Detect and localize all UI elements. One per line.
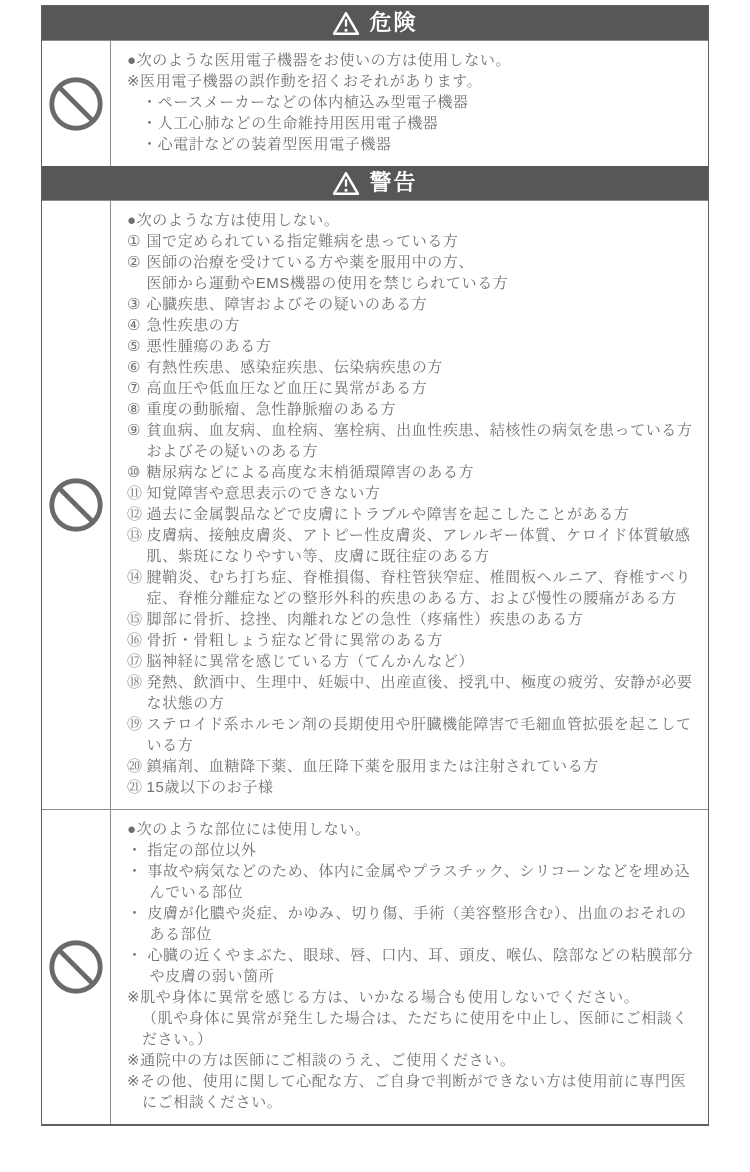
circled-number: ⑧ [127, 399, 147, 420]
numbered-item: ⑲ステロイド系ホルモン剤の長期使用や肝臓機能障害で毛細血管拡張を起こしている方 [127, 714, 700, 756]
item-text: 脳神経に異常を感じている方（てんかんなど） [147, 651, 701, 672]
bullet-line: ・ 皮膚が化膿や炎症、かゆみ、切り傷、手術（美容整形含む）、出血のおそれのある部… [127, 903, 700, 945]
circled-number: ⑱ [127, 672, 147, 714]
numbered-item: ⑪知覚障害や意思表示のできない方 [127, 483, 700, 504]
item-text: 国で定められている指定難病を患っている方 [147, 231, 701, 252]
item-text: 過去に金属製品などで皮膚にトラブルや障害を起こしたことがある方 [147, 504, 701, 525]
item-text: 脚部に骨折、捻挫、肉離れなどの急性（疼痛性）疾患のある方 [147, 609, 701, 630]
numbered-item: ⑬皮膚病、接触皮膚炎、アトピー性皮膚炎、アレルギー体質、ケロイド体質敏感肌、紫斑… [127, 525, 700, 567]
numbered-item: ⑦高血圧や低血圧など血圧に異常がある方 [127, 378, 700, 399]
circled-number: ⑬ [127, 525, 147, 567]
numbered-item: ⑥有熱性疾患、感染症疾患、伝染病疾患の方 [127, 357, 700, 378]
row-text-cell: ●次のような方は使用しない。①国で定められている指定難病を患っている方②医師の治… [111, 201, 708, 809]
circled-number: ⑮ [127, 609, 147, 630]
prohibition-icon-cell [42, 201, 111, 809]
numbered-item: ③心臓疾患、障害およびその疑いのある方 [127, 294, 700, 315]
prohibition-circle-slash-icon [47, 476, 105, 534]
circled-number: ⑦ [127, 378, 147, 399]
item-text: 有熱性疾患、感染症疾患、伝染病疾患の方 [147, 357, 701, 378]
note-line: ※通院中の方は医師にご相談のうえ、ご使用ください。 [127, 1050, 700, 1071]
numbered-item: ㉑15歳以下のお子様 [127, 777, 700, 798]
circled-number: ⑲ [127, 714, 147, 756]
item-text: 急性疾患の方 [147, 315, 701, 336]
prohibition-circle-slash-icon [47, 75, 105, 133]
table-row: ●次のような方は使用しない。①国で定められている指定難病を患っている方②医師の治… [42, 200, 708, 809]
item-text: 悪性腫瘍のある方 [147, 336, 701, 357]
numbered-item: ②医師の治療を受けている方や薬を服用中の方、 医師から運動やEMS機器の使用を禁… [127, 252, 700, 294]
numbered-item: ⑯骨折・骨粗しょう症など骨に異常のある方 [127, 630, 700, 651]
prohibition-icon-cell [42, 810, 111, 1124]
circled-number: ⑩ [127, 462, 147, 483]
item-text: 心臓疾患、障害およびその疑いのある方 [147, 294, 701, 315]
item-text: 腱鞘炎、むち打ち症、脊椎損傷、脊柱管狭窄症、椎間板ヘルニア、脊椎すべり症、脊椎分… [147, 567, 701, 609]
numbered-item: ⑰脳神経に異常を感じている方（てんかんなど） [127, 651, 700, 672]
section-title: 危険 [369, 12, 417, 34]
table-row: ●次のような医用電子機器をお使いの方は使用しない。※医用電子機器の誤作動を招くお… [42, 40, 708, 166]
warning-table: 危険 ●次のような医用電子機器をお使いの方は使用しない。※医用電子機器の誤作動を… [41, 5, 709, 1126]
item-text: 骨折・骨粗しょう症など骨に異常のある方 [147, 630, 701, 651]
circled-number: ⑨ [127, 420, 147, 462]
circled-number: ⑭ [127, 567, 147, 609]
circled-number: ③ [127, 294, 147, 315]
numbered-item: ⑫過去に金属製品などで皮膚にトラブルや障害を起こしたことがある方 [127, 504, 700, 525]
circled-number: ⑪ [127, 483, 147, 504]
circled-number: ⑫ [127, 504, 147, 525]
circled-number: ① [127, 231, 147, 252]
numbered-item: ⑳鎮痛剤、血糖降下薬、血圧降下薬を服用または注射されている方 [127, 756, 700, 777]
numbered-item: ⑱発熱、飲酒中、生理中、妊娠中、出産直後、授乳中、極度の疲労、安静が必要な状態の… [127, 672, 700, 714]
lead-line: ●次のような部位には使用しない。 [127, 819, 700, 840]
numbered-item: ⑭腱鞘炎、むち打ち症、脊椎損傷、脊柱管狭窄症、椎間板ヘルニア、脊椎すべり症、脊椎… [127, 567, 700, 609]
circled-number: ⑰ [127, 651, 147, 672]
numbered-item: ⑤悪性腫瘍のある方 [127, 336, 700, 357]
section-title: 警告 [369, 172, 417, 194]
bullet-line: ・心電計などの装着型医用電子機器 [127, 134, 700, 155]
bullet-line: ・ペースメーカーなどの体内植込み型電子機器 [127, 92, 700, 113]
circled-number: ⑯ [127, 630, 147, 651]
circled-number: ⑥ [127, 357, 147, 378]
numbered-item: ①国で定められている指定難病を患っている方 [127, 231, 700, 252]
row-text-cell: ●次のような部位には使用しない。・ 指定の部位以外・ 事故や病気などのため、体内… [111, 810, 708, 1124]
numbered-item: ⑧重度の動脈瘤、急性静脈瘤のある方 [127, 399, 700, 420]
item-text: 皮膚病、接触皮膚炎、アトピー性皮膚炎、アレルギー体質、ケロイド体質敏感肌、紫斑に… [147, 525, 701, 567]
numbered-item: ⑩糖尿病などによる高度な末梢循環障害のある方 [127, 462, 700, 483]
lead-line: ●次のような医用電子機器をお使いの方は使用しない。 [127, 50, 700, 71]
item-text: ステロイド系ホルモン剤の長期使用や肝臓機能障害で毛細血管拡張を起こしている方 [147, 714, 701, 756]
item-text: 15歳以下のお子様 [147, 777, 701, 798]
row-text-cell: ●次のような医用電子機器をお使いの方は使用しない。※医用電子機器の誤作動を招くお… [111, 41, 708, 166]
warning-triangle-icon [332, 11, 360, 36]
item-text: 重度の動脈瘤、急性静脈瘤のある方 [147, 399, 701, 420]
numbered-item: ⑨貧血病、血友病、血栓病、塞栓病、出血性疾患、結核性の病気を患っている方およびそ… [127, 420, 700, 462]
item-text: 高血圧や低血圧など血圧に異常がある方 [147, 378, 701, 399]
section-header: 危険 [42, 6, 708, 40]
item-text: 糖尿病などによる高度な末梢循環障害のある方 [147, 462, 701, 483]
item-text: 発熱、飲酒中、生理中、妊娠中、出産直後、授乳中、極度の疲労、安静が必要な状態の方 [147, 672, 701, 714]
note-line: ※その他、使用に関して心配な方、ご自身で判断ができない方は使用前に専門医にご相談… [127, 1071, 700, 1113]
table-row: ●次のような部位には使用しない。・ 指定の部位以外・ 事故や病気などのため、体内… [42, 809, 708, 1124]
safety-precautions-page: 危険 ●次のような医用電子機器をお使いの方は使用しない。※医用電子機器の誤作動を… [41, 5, 709, 1126]
lead-line: ●次のような方は使用しない。 [127, 210, 700, 231]
circled-number: ⑤ [127, 336, 147, 357]
item-text: 知覚障害や意思表示のできない方 [147, 483, 701, 504]
section-header: 警告 [42, 166, 708, 200]
warning-triangle-icon [332, 171, 360, 196]
circled-number: ⑳ [127, 756, 147, 777]
prohibition-icon-cell [42, 41, 111, 166]
item-text: 貧血病、血友病、血栓病、塞栓病、出血性疾患、結核性の病気を患っている方およびその… [147, 420, 701, 462]
bullet-line: ・人工心肺などの生命維持用医用電子機器 [127, 113, 700, 134]
bullet-line: ・ 指定の部位以外 [127, 840, 700, 861]
bullet-line: ・ 心臓の近くやまぶた、眼球、唇、口内、耳、頭皮、喉仏、陰部などの粘膜部分や皮膚… [127, 945, 700, 987]
prohibition-circle-slash-icon [47, 938, 105, 996]
item-text: 鎮痛剤、血糖降下薬、血圧降下薬を服用または注射されている方 [147, 756, 701, 777]
circled-number: ② [127, 252, 147, 294]
circled-number: ㉑ [127, 777, 147, 798]
item-text: 医師の治療を受けている方や薬を服用中の方、 医師から運動やEMS機器の使用を禁じ… [147, 252, 701, 294]
paren-note-line: （肌や身体に異常が発生した場合は、ただちに使用を中止し、医師にご相談ください。） [127, 1008, 700, 1050]
numbered-item: ④急性疾患の方 [127, 315, 700, 336]
bullet-line: ・ 事故や病気などのため、体内に金属やプラスチック、シリコーンなどを埋め込んでい… [127, 861, 700, 903]
numbered-item: ⑮脚部に骨折、捻挫、肉離れなどの急性（疼痛性）疾患のある方 [127, 609, 700, 630]
note-line: ※肌や身体に異常を感じる方は、いかなる場合も使用しないでください。 [127, 987, 700, 1008]
circled-number: ④ [127, 315, 147, 336]
note-line: ※医用電子機器の誤作動を招くおそれがあります。 [127, 71, 700, 92]
